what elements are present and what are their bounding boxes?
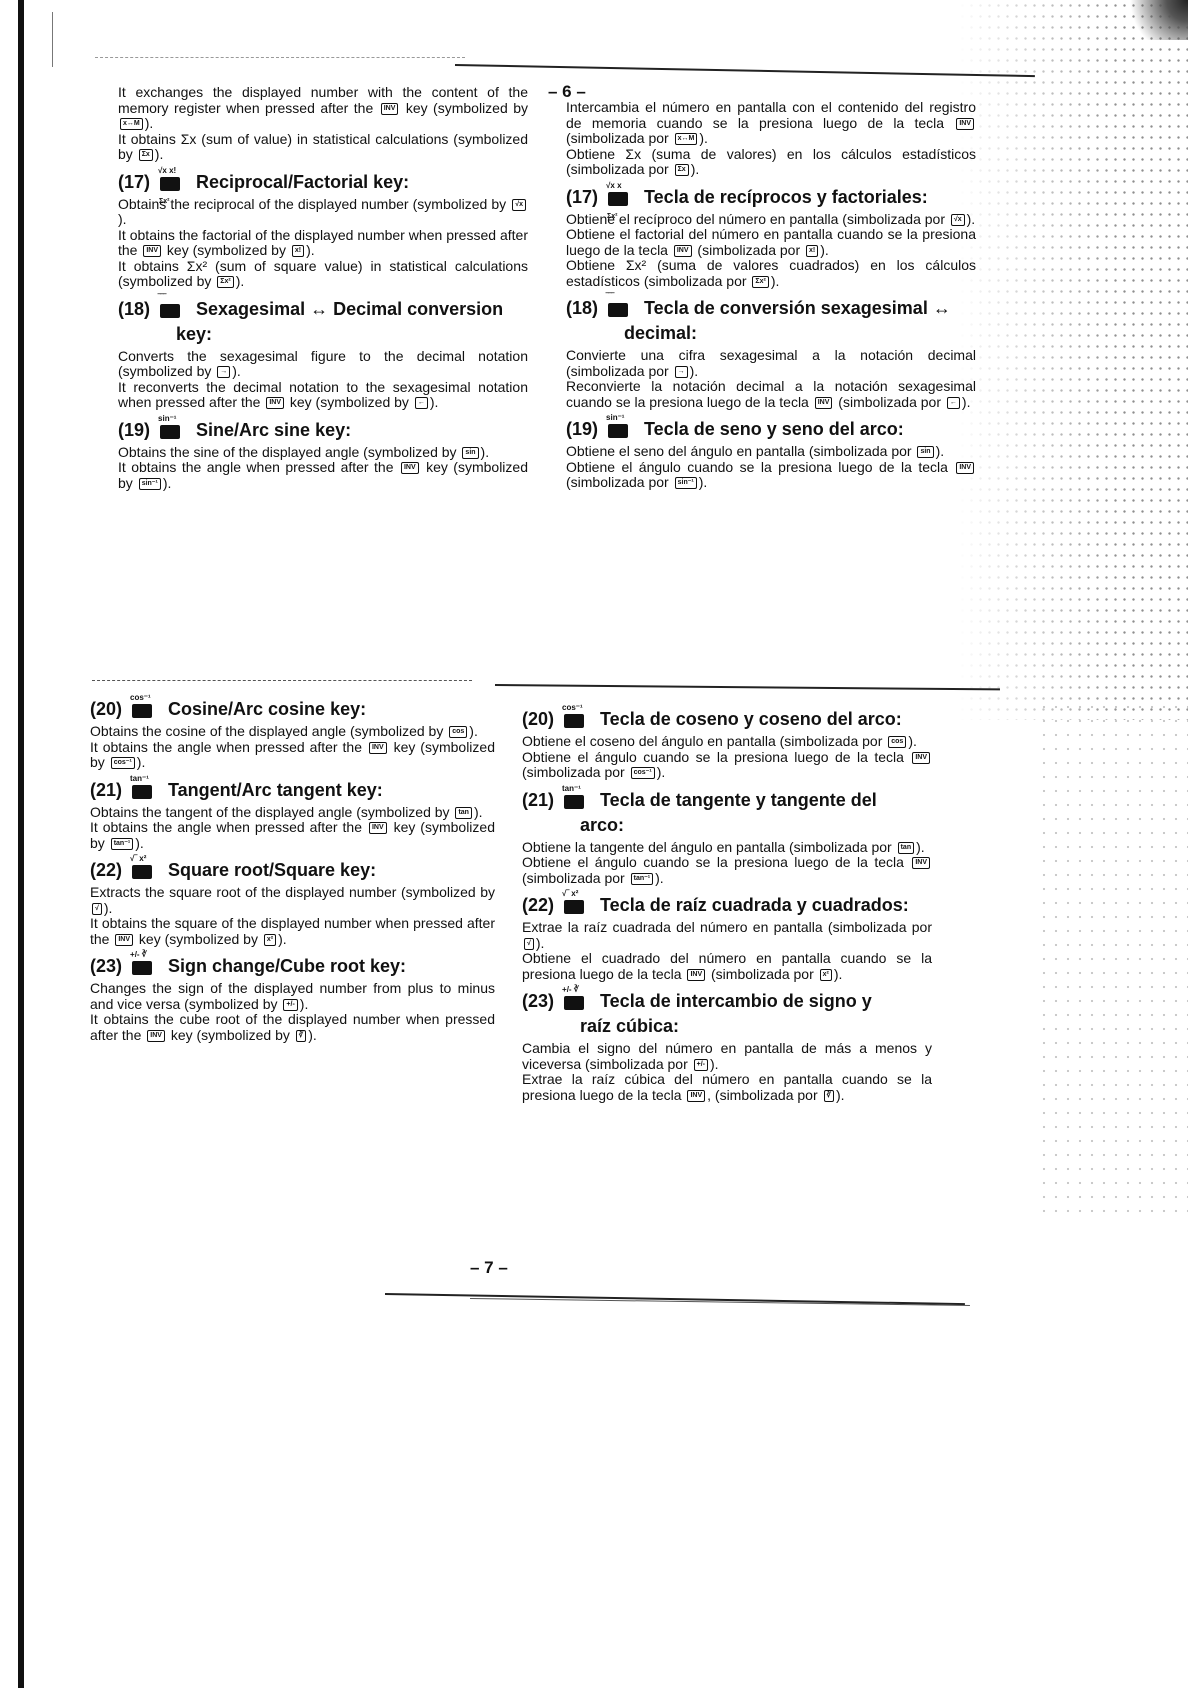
entry-number: (21) <box>90 780 122 801</box>
key-symbol-icon: √ <box>92 903 102 915</box>
key-entry: (22)√‾ x²Square root/Square key:Extracts… <box>90 860 495 947</box>
entry-paragraph: Obtains the reciprocal of the displayed … <box>118 197 528 228</box>
entry-heading: (19)sin⁻¹Tecla de seno y seno del arco: <box>566 419 976 440</box>
key-entry: (20)cos⁻¹Cosine/Arc cosine key:Obtains t… <box>90 699 495 771</box>
entry-title: Reciprocal/Factorial key: <box>196 172 409 193</box>
entry-paragraph: It obtains the factorial of the displaye… <box>118 228 528 259</box>
calculator-key-icon: √x x!Σx² <box>160 177 180 191</box>
key-symbol-icon: Σx² <box>217 276 233 288</box>
entry-title: Tecla de tangente y tangente del <box>600 790 877 811</box>
entry-paragraph: Obtains the tangent of the displayed ang… <box>90 805 495 821</box>
entry-title: Sign change/Cube root key: <box>168 956 406 977</box>
key-symbol-icon: sin <box>462 447 478 459</box>
calculator-key-icon: cos⁻¹ <box>132 704 152 718</box>
calculator-key-icon: +/- ∛ <box>564 996 584 1010</box>
calculator-key-icon: √‾ x² <box>132 865 152 879</box>
entry-title-continued: decimal: <box>566 323 976 344</box>
key-symbol-icon: x! <box>292 245 304 257</box>
key-entry: (20)cos⁻¹Tecla de coseno y coseno del ar… <box>522 709 932 781</box>
key-symbol-icon: sin⁻¹ <box>139 478 161 490</box>
entry-paragraph: Obtiene Σx² (suma de valores cuadrados) … <box>566 258 976 289</box>
calculator-key-icon: sin⁻¹ <box>608 424 628 438</box>
entry-paragraph: Obtiene el ángulo cuando se la presiona … <box>566 460 976 491</box>
entry-title: Tecla de conversión sexagesimal ↔ <box>644 298 951 319</box>
calculator-key-icon: ‾‾‾ <box>608 303 628 317</box>
entry-title-continued: arco: <box>522 815 932 836</box>
key-symbol-icon: INV <box>956 118 974 130</box>
entry-title-continuation: decimal: <box>566 323 697 344</box>
key-entry: (23)+/- ∛Tecla de intercambio de signo y… <box>522 991 932 1103</box>
key-top-legend: +/- ∛ <box>562 985 579 994</box>
entry-paragraph: It reconverts the decimal notation to th… <box>118 380 528 411</box>
key-symbol-icon: → <box>217 366 230 378</box>
entry-number: (22) <box>522 895 554 916</box>
entry-paragraph: Obtiene el coseno del ángulo en pantalla… <box>522 734 932 750</box>
key-symbol-icon: x! <box>806 245 818 257</box>
key-entry: (22)√‾ x²Tecla de raíz cuadrada y cuadra… <box>522 895 932 982</box>
entry-paragraph: Obtiene el factorial del número en panta… <box>566 227 976 258</box>
key-symbol-icon: INV <box>687 969 705 981</box>
key-symbol-icon: tan <box>455 807 472 819</box>
key-symbol-icon: INV <box>369 742 387 754</box>
key-symbol-icon: cos⁻¹ <box>631 767 655 779</box>
entry-title-continuation: arco: <box>522 815 624 836</box>
key-entry: (19)sin⁻¹Tecla de seno y seno del arco:O… <box>566 419 976 491</box>
key-symbol-icon: sin⁻¹ <box>675 477 697 489</box>
key-symbol-icon: INV <box>115 934 133 946</box>
intro-paragraph: It exchanges the displayed number with t… <box>118 85 528 132</box>
scan-noise-lower <box>1038 700 1188 1220</box>
key-top-legend: tan⁻¹ <box>130 774 149 783</box>
key-symbol-icon: cos <box>888 736 906 748</box>
key-symbol-icon: ← <box>947 397 960 409</box>
entry-paragraph: Converts the sexagesimal figure to the d… <box>118 349 528 380</box>
key-symbol-icon: → <box>675 366 688 378</box>
entry-title: Tecla de intercambio de signo y <box>600 991 872 1012</box>
entry-number: (20) <box>90 699 122 720</box>
key-top-legend: √‾ x² <box>130 854 146 863</box>
entry-number: (17) <box>118 172 150 193</box>
entry-title: Tecla de seno y seno del arco: <box>644 419 904 440</box>
key-symbol-icon: INV <box>912 857 930 869</box>
key-symbol-icon: ∛ <box>296 1030 306 1042</box>
column-top-left-english: It exchanges the displayed number with t… <box>118 85 528 491</box>
entry-heading: (20)cos⁻¹Cosine/Arc cosine key: <box>90 699 495 720</box>
key-top-legend: tan⁻¹ <box>562 784 581 793</box>
entry-heading: (23)+/- ∛Tecla de intercambio de signo y <box>522 991 932 1012</box>
entry-paragraph: Extracts the square root of the displaye… <box>90 885 495 916</box>
entry-paragraph: Extrae la raíz cuadrada del número en pa… <box>522 920 932 951</box>
entry-number: (18) <box>118 299 150 320</box>
calculator-key-icon: +/- ∛ <box>132 961 152 975</box>
key-symbol-icon: x↔M <box>120 118 143 130</box>
key-entry: (17)√x xΣx²Tecla de recíprocos y factori… <box>566 187 976 290</box>
entry-paragraph: Obtiene el recíproco del número en panta… <box>566 212 976 228</box>
key-symbol-icon: +/- <box>694 1059 708 1071</box>
key-symbol-icon: INV <box>687 1090 705 1102</box>
entry-heading: (18)‾‾‾Sexagesimal ↔ Decimal conversion <box>118 299 528 320</box>
key-symbol-icon: Σx² <box>752 276 768 288</box>
key-symbol-icon: sin <box>917 446 933 458</box>
middle-rule-left <box>92 680 472 681</box>
calculator-key-icon: tan⁻¹ <box>132 785 152 799</box>
entry-paragraph: Convierte una cifra sexagesimal a la not… <box>566 348 976 379</box>
entry-number: (19) <box>566 419 598 440</box>
entry-heading: (23)+/- ∛Sign change/Cube root key: <box>90 956 495 977</box>
entry-paragraph: Obtiene la tangente del ángulo en pantal… <box>522 840 932 856</box>
calculator-key-icon: cos⁻¹ <box>564 714 584 728</box>
calculator-key-icon: ‾‾‾ <box>160 304 180 318</box>
key-symbol-icon: tan⁻¹ <box>111 838 134 850</box>
intro-paragraph: Intercambia el número en pantalla con el… <box>566 100 976 147</box>
key-entry: (21)tan⁻¹Tangent/Arc tangent key:Obtains… <box>90 780 495 852</box>
key-top-legend: √‾ x² <box>562 889 578 898</box>
key-symbol-icon: √x <box>512 199 526 211</box>
top-rule <box>455 64 1035 77</box>
key-symbol-icon: INV <box>143 245 161 257</box>
key-bottom-legend: Σx² <box>607 206 617 227</box>
key-symbol-icon: tan⁻¹ <box>631 873 654 885</box>
intro-paragraph: Obtiene Σx (suma de valores) en los cálc… <box>566 147 976 178</box>
entry-number: (21) <box>522 790 554 811</box>
key-symbol-icon: tan <box>898 842 915 854</box>
key-symbol-icon: INV <box>912 752 930 764</box>
key-symbol-icon: √x <box>951 214 965 226</box>
key-entry: (21)tan⁻¹Tecla de tangente y tangente de… <box>522 790 932 887</box>
key-entry: (18)‾‾‾Tecla de conversión sexagesimal ↔… <box>566 298 976 410</box>
key-symbol-icon: cos⁻¹ <box>111 757 135 769</box>
entry-title: Tecla de coseno y coseno del arco: <box>600 709 902 730</box>
entry-paragraph: It obtains the angle when pressed after … <box>90 820 495 851</box>
entry-title-continuation: raíz cúbica: <box>522 1016 679 1037</box>
key-top-legend: sin⁻¹ <box>158 414 176 423</box>
entry-title-continued: key: <box>118 324 528 345</box>
key-top-legend: √x x <box>606 181 622 190</box>
key-entry: (19)sin⁻¹Sine/Arc sine key:Obtains the s… <box>118 420 528 492</box>
key-symbol-icon: x² <box>264 934 276 946</box>
entry-number: (18) <box>566 298 598 319</box>
key-top-legend: +/- ∛ <box>130 950 147 959</box>
entry-title: Tecla de raíz cuadrada y cuadrados: <box>600 895 909 916</box>
key-top-legend: ‾‾‾ <box>158 293 166 302</box>
entry-number: (23) <box>90 956 122 977</box>
key-entry: (18)‾‾‾Sexagesimal ↔ Decimal conversionk… <box>118 299 528 411</box>
entry-paragraph: Obtiene el ángulo cuando se la presiona … <box>522 855 932 886</box>
key-symbol-icon: cos <box>449 726 467 738</box>
entry-paragraph: It obtains the angle when pressed after … <box>118 460 528 491</box>
entry-number: (22) <box>90 860 122 881</box>
entry-paragraph: Obtiene el ángulo cuando se la presiona … <box>522 750 932 781</box>
entry-paragraph: It obtains the square of the displayed n… <box>90 916 495 947</box>
scan-noise <box>958 0 1188 720</box>
entry-paragraph: Cambia el signo del número en pantalla d… <box>522 1041 932 1072</box>
key-bottom-legend: Σx² <box>159 191 169 212</box>
page-edge-line <box>52 12 53 67</box>
entry-number: (19) <box>118 420 150 441</box>
entry-title: Square root/Square key: <box>168 860 376 881</box>
entry-paragraph: It obtains the angle when pressed after … <box>90 740 495 771</box>
binding-edge <box>18 0 24 1688</box>
entry-number: (23) <box>522 991 554 1012</box>
scan-corner-shadow <box>1128 0 1188 40</box>
key-top-legend: cos⁻¹ <box>130 693 151 702</box>
entry-title-continued: raíz cúbica: <box>522 1016 932 1037</box>
entry-heading: (22)√‾ x²Square root/Square key: <box>90 860 495 881</box>
entry-heading: (18)‾‾‾Tecla de conversión sexagesimal ↔ <box>566 298 976 319</box>
key-symbol-icon: Σx <box>675 164 689 176</box>
top-dotted-rule <box>95 57 465 58</box>
entry-paragraph: Extrae la raíz cúbica del número en pant… <box>522 1072 932 1103</box>
key-symbol-icon: INV <box>956 462 974 474</box>
entry-heading: (22)√‾ x²Tecla de raíz cuadrada y cuadra… <box>522 895 932 916</box>
entry-title: Sexagesimal ↔ Decimal conversion <box>196 299 503 320</box>
entry-heading: (20)cos⁻¹Tecla de coseno y coseno del ar… <box>522 709 932 730</box>
key-symbol-icon: ← <box>415 397 428 409</box>
key-symbol-icon: INV <box>381 103 399 115</box>
entry-paragraph: Obtains the sine of the displayed angle … <box>118 445 528 461</box>
entry-heading: (21)tan⁻¹Tangent/Arc tangent key: <box>90 780 495 801</box>
entry-paragraph: Obtiene el seno del ángulo en pantalla (… <box>566 444 976 460</box>
entry-heading: (21)tan⁻¹Tecla de tangente y tangente de… <box>522 790 932 811</box>
page-number-bottom: – 7 – <box>470 1258 508 1278</box>
entry-title: Cosine/Arc cosine key: <box>168 699 366 720</box>
intro-paragraph: It obtains Σx (sum of value) in statisti… <box>118 132 528 163</box>
entry-heading: (17)√x x!Σx²Reciprocal/Factorial key: <box>118 172 528 193</box>
entry-paragraph: Reconvierte la notación decimal a la not… <box>566 379 976 410</box>
key-symbol-icon: INV <box>674 245 692 257</box>
calculator-key-icon: sin⁻¹ <box>160 425 180 439</box>
entry-number: (17) <box>566 187 598 208</box>
entry-paragraph: It obtains the cube root of the displaye… <box>90 1012 495 1043</box>
key-symbol-icon: √ <box>524 938 534 950</box>
key-entry: (17)√x x!Σx²Reciprocal/Factorial key:Obt… <box>118 172 528 290</box>
calculator-key-icon: √‾ x² <box>564 900 584 914</box>
column-top-right-spanish: Intercambia el número en pantalla con el… <box>566 100 976 491</box>
entry-heading: (19)sin⁻¹Sine/Arc sine key: <box>118 420 528 441</box>
entry-title-continuation: key: <box>118 324 212 345</box>
entry-title: Tecla de recíprocos y factoriales: <box>644 187 928 208</box>
middle-rule-right <box>495 684 1000 690</box>
entry-paragraph: Changes the sign of the displayed number… <box>90 981 495 1012</box>
key-top-legend: sin⁻¹ <box>606 413 624 422</box>
key-top-legend: ‾‾‾ <box>606 292 614 301</box>
entry-title: Sine/Arc sine key: <box>196 420 351 441</box>
key-symbol-icon: Σx <box>139 149 153 161</box>
key-symbol-icon: INV <box>401 462 419 474</box>
entry-title: Tangent/Arc tangent key: <box>168 780 383 801</box>
key-top-legend: √x x! <box>158 166 176 175</box>
key-symbol-icon: INV <box>147 1030 165 1042</box>
column-bottom-right-spanish: (20)cos⁻¹Tecla de coseno y coseno del ar… <box>522 700 932 1103</box>
entry-paragraph: Obtiene el cuadrado del número en pantal… <box>522 951 932 982</box>
key-symbol-icon: INV <box>815 397 833 409</box>
key-entry: (23)+/- ∛Sign change/Cube root key:Chang… <box>90 956 495 1043</box>
entry-paragraph: It obtains Σx² (sum of square value) in … <box>118 259 528 290</box>
key-symbol-icon: x² <box>820 969 832 981</box>
key-symbol-icon: ∛ <box>824 1090 834 1102</box>
column-bottom-left-english: (20)cos⁻¹Cosine/Arc cosine key:Obtains t… <box>90 690 495 1043</box>
entry-number: (20) <box>522 709 554 730</box>
key-symbol-icon: +/- <box>283 999 297 1011</box>
entry-heading: (17)√x xΣx²Tecla de recíprocos y factori… <box>566 187 976 208</box>
key-symbol-icon: INV <box>369 822 387 834</box>
calculator-key-icon: √x xΣx² <box>608 192 628 206</box>
entry-paragraph: Obtains the cosine of the displayed angl… <box>90 724 495 740</box>
key-top-legend: cos⁻¹ <box>562 703 583 712</box>
key-symbol-icon: INV <box>266 397 284 409</box>
calculator-key-icon: tan⁻¹ <box>564 795 584 809</box>
key-symbol-icon: x↔M <box>675 133 698 145</box>
